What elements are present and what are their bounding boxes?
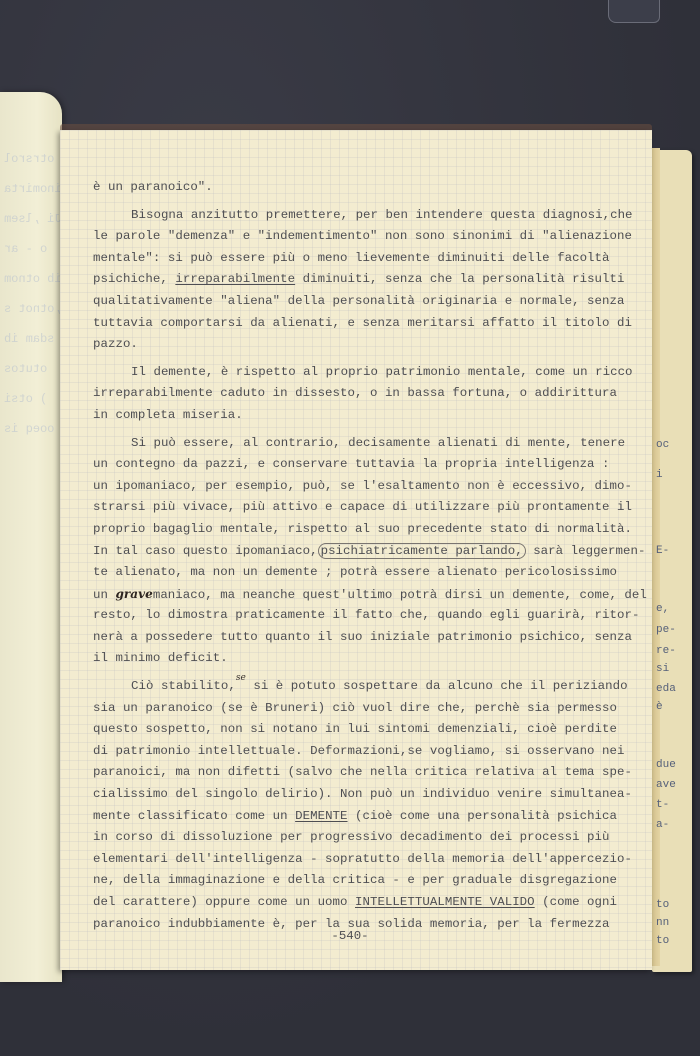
text-line: in corso di dissoluzione per progressivo… [93,827,653,849]
text-line: un gravemaniaco, ma neanche quest'ultimo… [93,584,653,606]
text-line: paranoici, ma non difetti (salvo che nel… [93,762,653,784]
text-line: irreparabilmente caduto in dissesto, o i… [93,383,653,405]
line-text: sia un paranoico (se è Bruneri) ciò vuol… [93,701,617,715]
line-text: Si può essere, al contrario, decisamente… [131,436,625,450]
line-text: del carattere) oppure come un uomo [93,895,355,909]
line-text: te alienato, ma non un demente ; potrà e… [93,565,617,579]
line-text: irreparabilmente caduto in dissesto, o i… [93,386,617,400]
line-text: pazzo. [93,337,138,351]
text-line: psichiche, irreparabilmente diminuiti, s… [93,269,653,291]
line-text: un contegno da pazzi, e conservare tutta… [93,457,610,471]
text-line: qualitativamente "aliena" della personal… [93,291,653,313]
document-body: è un paranoico".Bisogna anzitutto premet… [93,177,653,935]
edge-text-fragment: a- [656,820,669,831]
text-line: del carattere) oppure come un uomo INTEL… [93,892,653,914]
text-line: te alienato, ma non un demente ; potrà e… [93,562,653,584]
text-line: mente classificato come un DEMENTE (cioè… [93,806,653,828]
text-line: di patrimonio intellettuale. Deformazion… [93,741,653,763]
edge-text-fragment: si [656,664,669,675]
line-text: maniaco, ma neanche quest'ultimo potrà d… [153,588,647,602]
line-text: diminuiti, senza che la personalità risu… [295,272,624,286]
line-text: mente classificato come un [93,809,295,823]
line-text: le parole "demenza" e "indementimento" n… [93,229,632,243]
text-line: il minimo deficit. [93,648,653,670]
line-text: è un paranoico". [93,180,213,194]
edge-text-fragment: ave [656,780,676,791]
underlined-text: irreparabilmente [175,272,295,286]
text-line: strarsi più vivace, più attivo e capace … [93,497,653,519]
page-number: -540- [0,929,700,943]
text-line: ne, della immaginazione e della critica … [93,870,653,892]
corner-tag [608,0,660,23]
line-text: In tal caso questo ipomaniaco, [93,544,318,558]
text-line: pazzo. [93,334,653,356]
text-line: In tal caso questo ipomaniaco,psichiatri… [93,541,653,563]
line-text: in completa miseria. [93,408,243,422]
text-line: sia un paranoico (se è Bruneri) ciò vuol… [93,698,653,720]
edge-text-fragment: re- [656,646,676,657]
edge-text-fragment: t- [656,800,669,811]
edge-text-fragment: i [656,470,663,481]
line-text: elementari dell'intelligenza - sopratutt… [93,852,632,866]
edge-text-fragment: E- [656,546,669,557]
line-text: strarsi più vivace, più attivo e capace … [93,500,632,514]
left-curled-page: ib otrsrol oinomirta ,Ji ,lsem o - ar ib… [0,92,62,982]
text-line: tuttavia comportarsi da alienati, e senz… [93,313,653,335]
edge-text-fragment: due [656,760,676,771]
edge-text-fragment: pe- [656,625,676,636]
line-text: (come ogni [535,895,617,909]
line-text: paranoici, ma non difetti (salvo che nel… [93,765,632,779]
line-text: di patrimonio intellettuale. Deformazion… [93,744,624,758]
circled-annotation: psichiatricamente parlando, [318,543,526,559]
text-line: un ipomaniaco, per esempio, può, se l'es… [93,476,653,498]
line-text: proprio bagaglio mentale, rispetto al su… [93,522,632,536]
text-line: elementari dell'intelligenza - sopratutt… [93,849,653,871]
text-line: in completa miseria. [93,405,653,427]
line-text: un ipomaniaco, per esempio, può, se l'es… [93,479,632,493]
line-text: si è potuto sospettare da alcuno che il … [246,679,628,693]
text-line: cialissimo del singolo delirio). Non può… [93,784,653,806]
text-line: proprio bagaglio mentale, rispetto al su… [93,519,653,541]
text-line: è un paranoico". [93,177,653,199]
text-line: Bisogna anzitutto premettere, per ben in… [93,205,653,227]
edge-text-fragment: è [656,702,663,713]
line-text: Il demente, è rispetto al proprio patrim… [131,365,633,379]
line-text: mentale": si può essere più o meno lieve… [93,251,610,265]
text-line: Si può essere, al contrario, decisamente… [93,433,653,455]
edge-text-fragment: nn [656,918,669,929]
line-text: psichiche, [93,272,175,286]
line-text: Bisogna anzitutto premettere, per ben in… [131,208,633,222]
text-line: Il demente, è rispetto al proprio patrim… [93,362,653,384]
text-line: le parole "demenza" e "indementimento" n… [93,226,653,248]
line-text: (cioè come una personalità psichica [348,809,617,823]
underlined-text: INTELLETTUALMENTE VALIDO [355,895,535,909]
line-text: ne, della immaginazione e della critica … [93,873,617,887]
line-text: qualitativamente "aliena" della personal… [93,294,624,308]
line-text: il minimo deficit. [93,651,228,665]
text-line: Ciò stabilito,se si è potuto sospettare … [93,676,653,698]
line-text: resto, lo dimostra praticamente il fatto… [93,608,639,622]
line-text: in corso di dissoluzione per progressivo… [93,830,610,844]
line-text: un [93,588,115,602]
underlined-text: DEMENTE [295,809,347,823]
line-text: questo sospetto, non si notano in lui si… [93,722,617,736]
handwritten-insertion: grave [115,587,152,601]
edge-text-fragment: to [656,900,669,911]
line-text: cialissimo del singolo delirio). Non può… [93,787,632,801]
edge-text-fragment: eda [656,684,676,695]
line-text: Ciò stabilito, [131,679,236,693]
text-line: mentale": si può essere più o meno lieve… [93,248,653,270]
line-text: tuttavia comportarsi da alienati, e senz… [93,316,632,330]
edge-text-fragment: oc [656,440,669,451]
edge-text-fragment: e, [656,604,669,615]
line-text: nerà a possedere tutto quanto il suo ini… [93,630,632,644]
line-text: sarà leggermen- [526,544,646,558]
handwritten-insertion: se [236,673,246,683]
text-line: un contegno da pazzi, e conservare tutta… [93,454,653,476]
text-line: nerà a possedere tutto quanto il suo ini… [93,627,653,649]
text-line: questo sospetto, non si notano in lui si… [93,719,653,741]
text-line: resto, lo dimostra praticamente il fatto… [93,605,653,627]
